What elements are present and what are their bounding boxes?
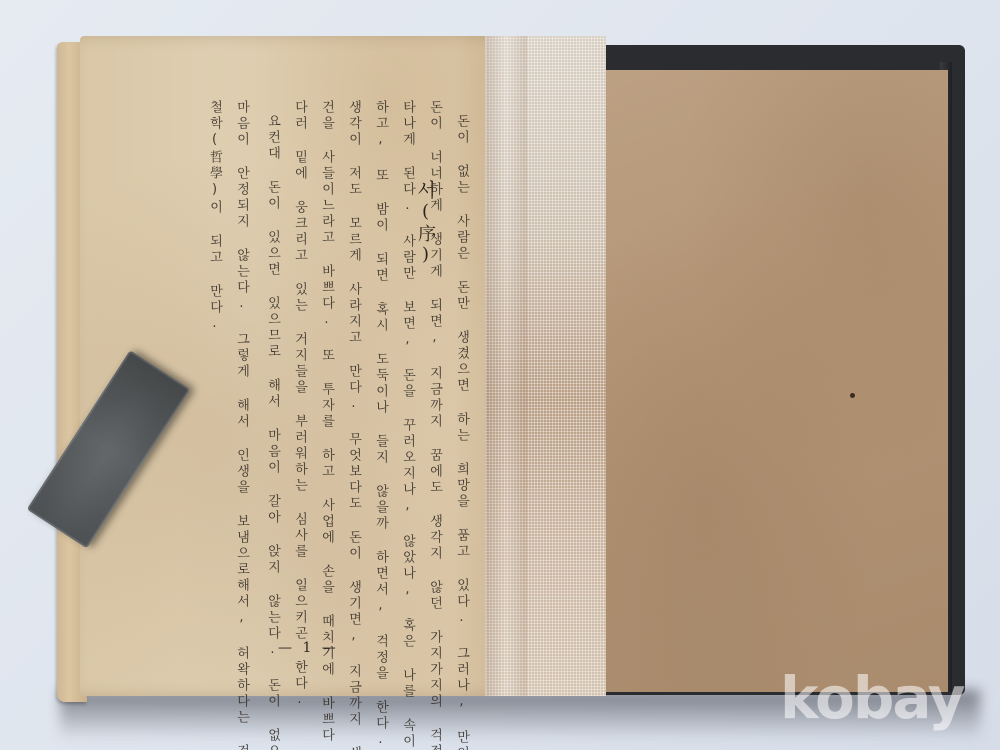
photo-scene: 서(序) 돈이 없는 사람은 돈만 생겼으면 하는 희망을 품고 있다. 그러나… xyxy=(0,0,1000,750)
text-column: 돈이 없는 사람은 돈만 생겼으면 하는 희망을 품고 있다. 그러나, 만인계… xyxy=(452,100,470,620)
text-column: 타나게 된다. 사람만 보면, 돈을 꾸러오지나, 않았나, 혹은 나를 속이려… xyxy=(398,100,416,620)
text-column: 다러 밑에 웅크리고 있는 거지들을 부러워하는 심사를 일으키곤 한다. xyxy=(290,100,308,620)
text-column: 요컨대 돈이 있으면 있으므로 해서 마음이 갈아 앉지 않는다. 돈이 없으면… xyxy=(263,100,281,620)
text-column: 생각이 저도 모르게 사라지고 만다. 무엇보다도 돈이 생기면, 지금까지 생… xyxy=(344,100,362,620)
text-column: 돈이 너너하게 생기게 되면, 지금까지 꿈에도 생각지 않던 가지가지의 걱정… xyxy=(425,100,443,620)
gauze-fold xyxy=(485,36,527,696)
text-column: 건을 사들이느라고 바쁘다. 또 투자를 하고 사업에 손을 때치기에 바쁘다.… xyxy=(317,100,335,620)
watermark-logo: kobay xyxy=(780,664,964,732)
page-number: — 1 — xyxy=(278,640,339,656)
text-column: 하고, 또 밤이 되면 혹시 도둑이나 들지 않을까 하면서, 걱정을 한다. … xyxy=(371,100,389,620)
endpaper-spot xyxy=(850,393,855,398)
preface-text: 돈이 없는 사람은 돈만 생겼으면 하는 희망을 품고 있다. 그러나, 만인계… xyxy=(160,100,470,620)
text-column: 마음이 안정되지 않는다. 그렇게 해서 인생을 보냄으로해서, 허왁하다는 것… xyxy=(232,100,250,620)
text-column: 철학(哲學)이 되고 만다. xyxy=(205,100,223,620)
